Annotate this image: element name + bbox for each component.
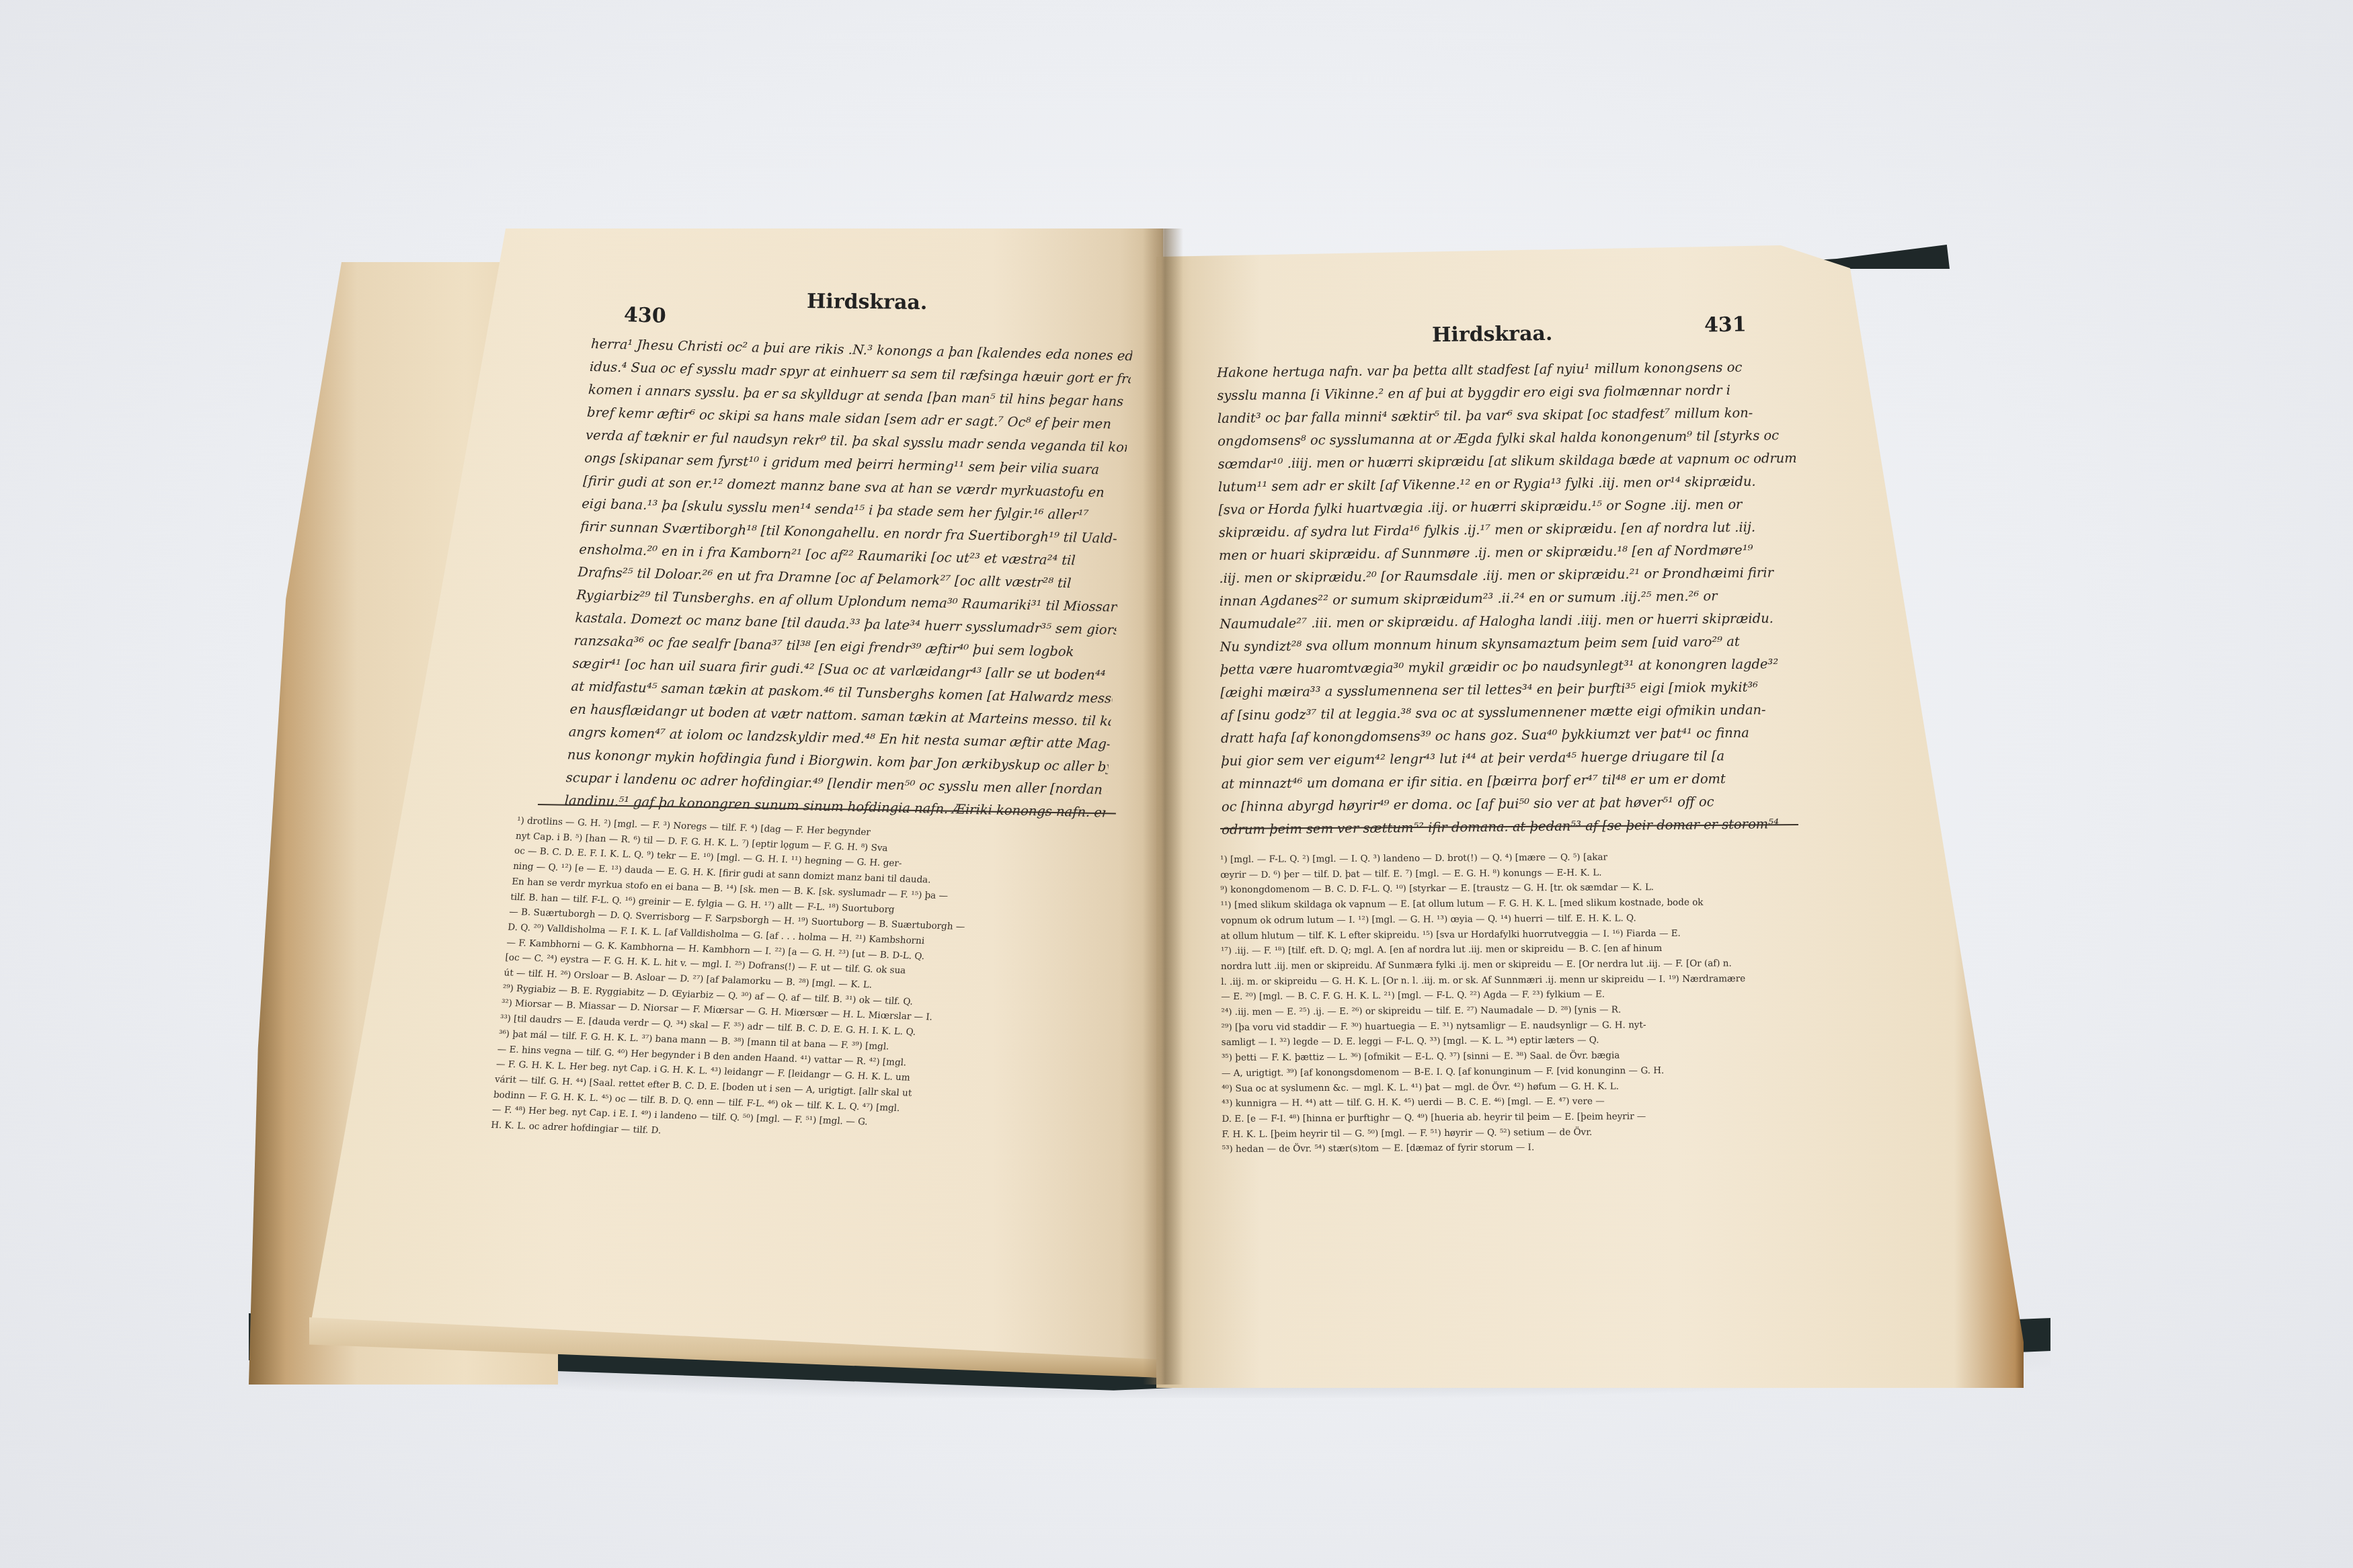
right-running-head: Hirdskraa. xyxy=(1432,322,1553,347)
left-body-text: herra¹ Jhesu Christi oc² a þui are rikis… xyxy=(564,333,1133,825)
right-body-text: Hakone hertuga nafn. var þa þetta allt s… xyxy=(1217,356,1806,841)
right-footnotes: ¹) [mgl. — F-L. Q. ²) [mgl. — I. Q. ³) l… xyxy=(1220,849,1814,1157)
left-running-head: Hirdskraa. xyxy=(807,290,928,315)
right-page-number: 431 xyxy=(1704,313,1747,337)
book-photo: 430 Hirdskraa. herra¹ Jhesu Christi oc² … xyxy=(0,0,2353,1568)
left-page-number: 430 xyxy=(623,303,666,328)
book-gutter xyxy=(1143,229,1183,1385)
left-footnotes: ¹) drotlins — G. H. ²) [mgl. — F. ³) Nor… xyxy=(490,813,1109,1153)
